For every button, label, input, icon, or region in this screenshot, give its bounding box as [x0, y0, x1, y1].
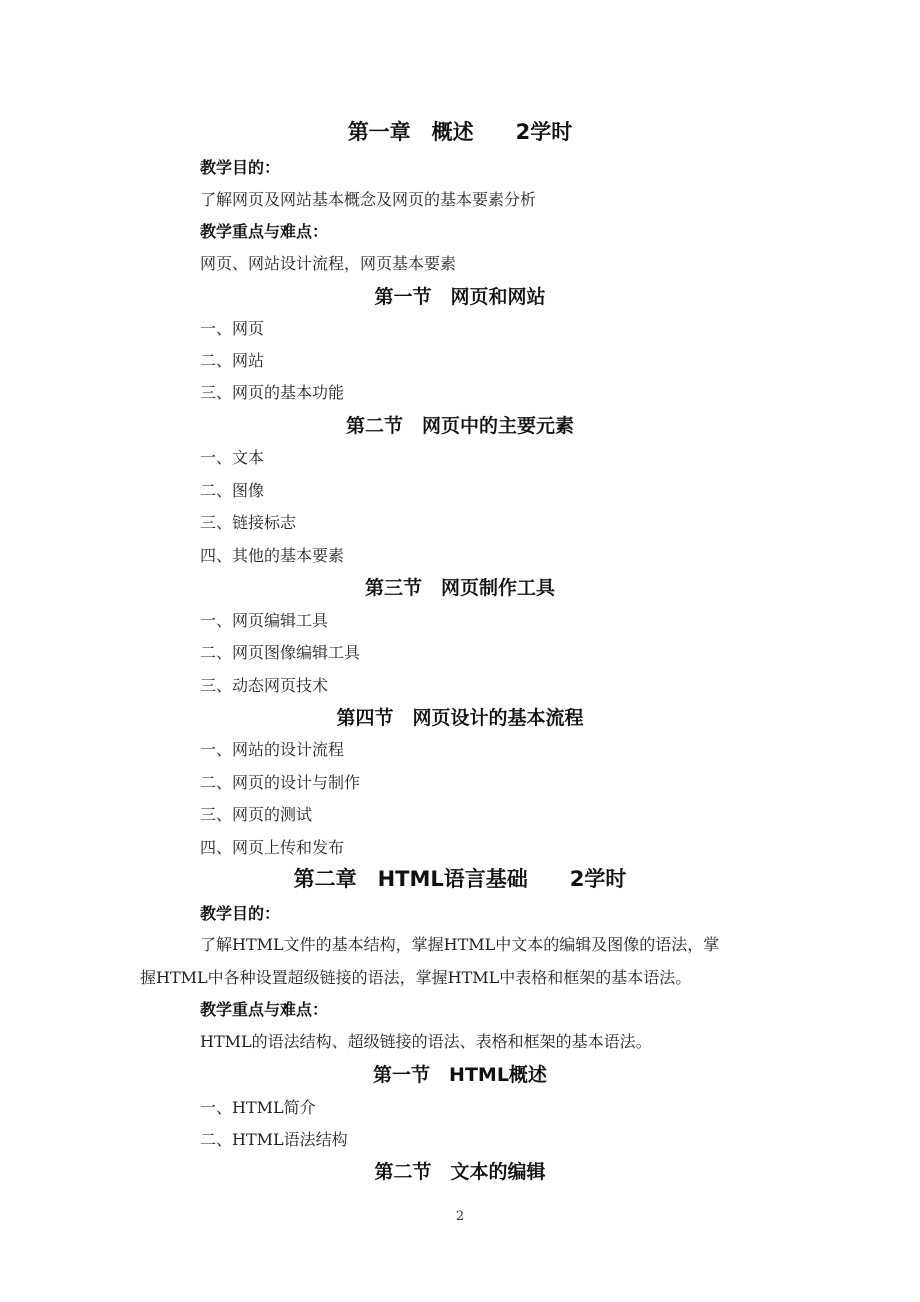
section-2-2-title: 第二节 文本的编辑: [0, 1157, 920, 1184]
chapter-1-title: 第一章 概述 2学时: [0, 116, 920, 146]
section-1-2-item: 一、文本: [200, 445, 264, 468]
section-1-4-item: 四、网页上传和发布: [200, 835, 344, 858]
section-1-2-item: 三、链接标志: [200, 510, 296, 533]
section-1-3-item: 一、网页编辑工具: [200, 608, 328, 631]
section-1-1-item: 二、网站: [200, 348, 264, 371]
section-1-2-item: 二、图像: [200, 478, 264, 501]
chapter-2-keypoints-label: 教学重点与难点：: [200, 997, 328, 1020]
section-1-3-item: 三、动态网页技术: [200, 673, 328, 696]
section-1-2-item: 四、其他的基本要素: [200, 543, 344, 566]
document-page: 第一章 概述 2学时 教学目的： 了解网页及网站基本概念及网页的基本要素分析 教…: [0, 0, 920, 1302]
chapter-2-objective-text-line1: 了解HTML文件的基本结构，掌握HTML中文本的编辑及图像的语法，掌: [200, 932, 719, 955]
chapter-2-objective-label: 教学目的：: [200, 901, 280, 924]
chapter-1-objective-text: 了解网页及网站基本概念及网页的基本要素分析: [200, 187, 536, 210]
section-1-4-title: 第四节 网页设计的基本流程: [0, 703, 920, 730]
section-1-2-title: 第二节 网页中的主要元素: [0, 411, 920, 438]
section-1-4-item: 二、网页的设计与制作: [200, 770, 360, 793]
section-2-1-item: 二、HTML语法结构: [200, 1127, 348, 1150]
page-number: 2: [0, 1209, 920, 1224]
chapter-1-keypoints-text: 网页、网站设计流程，网页基本要素: [200, 251, 456, 274]
chapter-1-keypoints-label: 教学重点与难点：: [200, 219, 328, 242]
chapter-1-objective-label: 教学目的：: [200, 155, 280, 178]
section-1-4-item: 三、网页的测试: [200, 802, 312, 825]
section-1-3-item: 二、网页图像编辑工具: [200, 640, 360, 663]
section-2-1-title: 第一节 HTML概述: [0, 1060, 920, 1087]
section-1-1-title: 第一节 网页和网站: [0, 282, 920, 309]
section-1-1-item: 三、网页的基本功能: [200, 380, 344, 403]
chapter-2-objective-text-line2: 握HTML中各种设置超级链接的语法，掌握HTML中表格和框架的基本语法。: [140, 965, 691, 988]
section-1-4-item: 一、网站的设计流程: [200, 737, 344, 760]
section-1-3-title: 第三节 网页制作工具: [0, 573, 920, 600]
section-1-1-item: 一、网页: [200, 316, 264, 339]
section-2-1-item: 一、HTML简介: [200, 1095, 316, 1118]
chapter-2-keypoints-text: HTML的语法结构、超级链接的语法、表格和框架的基本语法。: [200, 1029, 652, 1052]
chapter-2-title: 第二章 HTML语言基础 2学时: [0, 863, 920, 893]
